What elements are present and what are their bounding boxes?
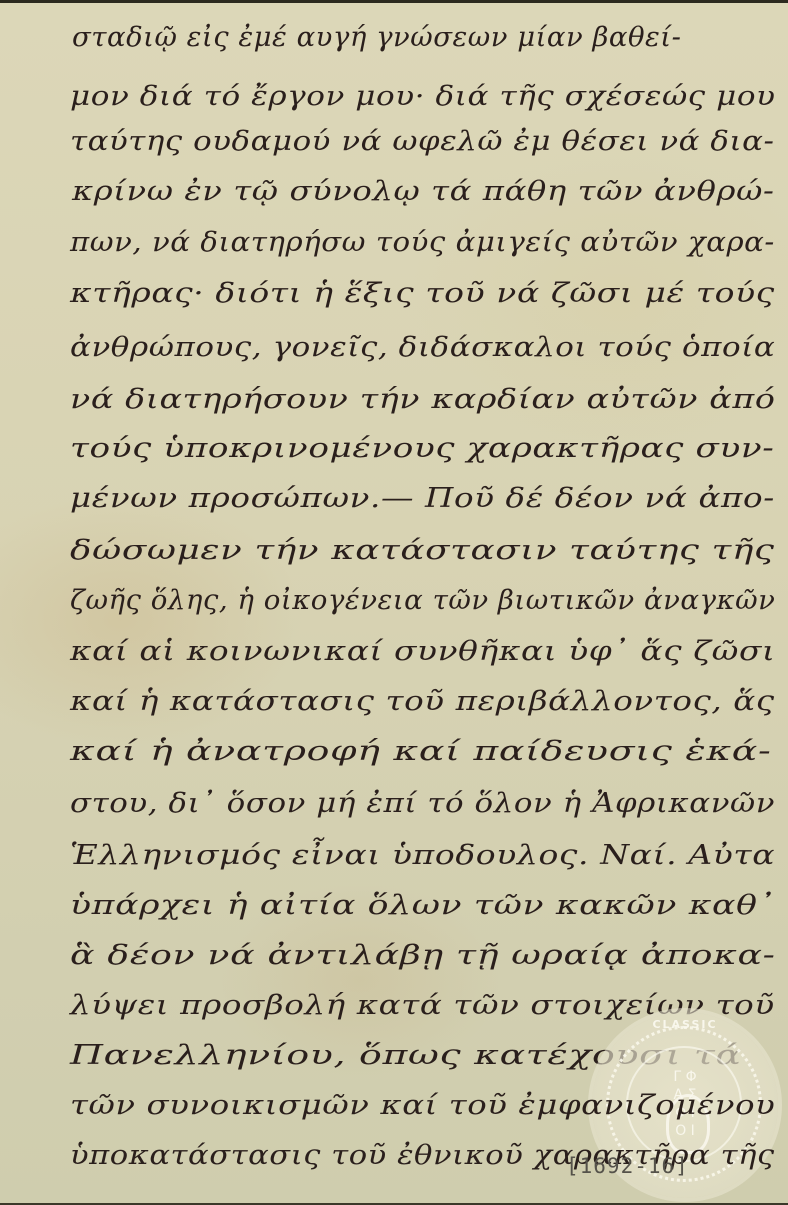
text-line-14: καί ἡ κατάστασις τοῦ περιβάλλοντος, ἅς	[70, 686, 775, 717]
seal-glyph: Φ	[686, 1069, 697, 1085]
seal-glyph: Γ	[673, 1069, 681, 1085]
archive-reference-number: [1692-16]	[566, 1154, 689, 1178]
text-line-18: ὑπάρχει ἡ αἰτία ὅλων τῶν κακῶν καθ᾽	[70, 890, 776, 921]
text-line-22: τῶν συνοικισμῶν καί τοῦ ἐμφανιζομένου	[70, 1090, 775, 1121]
text-line-10: μένων προσώπων.— Ποῦ δέ δέον νά ἀπο-	[70, 483, 775, 514]
text-line-3: ταύτης ουδαμού νά ωφελῶ ἐμ θέσει νά δια-	[70, 126, 775, 157]
text-line-16: στου, δι᾽ ὅσον μή ἐπί τό ὅλον ἡ Ἀφρικανῶ…	[70, 788, 775, 819]
text-line-5: πων, νά διατηρήσω τούς ἀμιγείς αὐτῶν χαρ…	[70, 227, 775, 258]
text-line-6: κτῆρας· διότι ἡ ἕξις τοῦ νά ζῶσι μέ τούς	[70, 278, 775, 309]
text-line-17: Ἑλληνισμός εἶναι ὑποδουλος. Ναί. Αὐτα	[70, 840, 775, 871]
text-line-15: καί ἡ ἀνατροφή καί παίδευσις ἑκά-	[70, 736, 772, 767]
text-line-2: μον διά τό ἔργον μου· διά τῆς σχέσεώς μο…	[70, 81, 776, 112]
text-line-7: ἀνθρώπους, γονεῖς, διδάσκαλοι τούς ὁποία	[70, 332, 775, 363]
manuscript-page: σταδιῷ εἰς ἐμέ αυγή γνώσεων μίαν βαθεί- …	[0, 0, 788, 1205]
text-line-11: δώσωμεν τήν κατάστασιν ταύτης τῆς	[70, 535, 775, 566]
scan-top-edge	[0, 0, 788, 3]
text-line-1: σταδιῷ εἰς ἐμέ αυγή γνώσεων μίαν βαθεί-	[72, 22, 775, 53]
text-line-12: ζωῆς ὅλης, ἡ οἰκογένεια τῶν βιωτικῶν ἀνα…	[70, 585, 775, 616]
text-line-19: ἃ δέον νά ἀντιλάβῃ τῇ ωραίᾳ ἀποκα-	[70, 940, 776, 971]
text-line-13: καί αἱ κοινωνικαί συνθῆκαι ὑφ᾽ ἅς ζῶσι	[70, 636, 775, 667]
seal-ring-text: CLASSIC	[592, 1018, 778, 1031]
text-line-9: τούς ὑποκρινομένους χαρακτῆρας συν-	[70, 433, 774, 464]
text-line-8: νά διατηρήσουν τήν καρδίαν αὐτῶν ἀπό	[70, 384, 775, 415]
text-line-4: κρίνω ἐν τῷ σύνολῳ τά πάθη τῶν ἀνθρώ-	[72, 176, 774, 207]
